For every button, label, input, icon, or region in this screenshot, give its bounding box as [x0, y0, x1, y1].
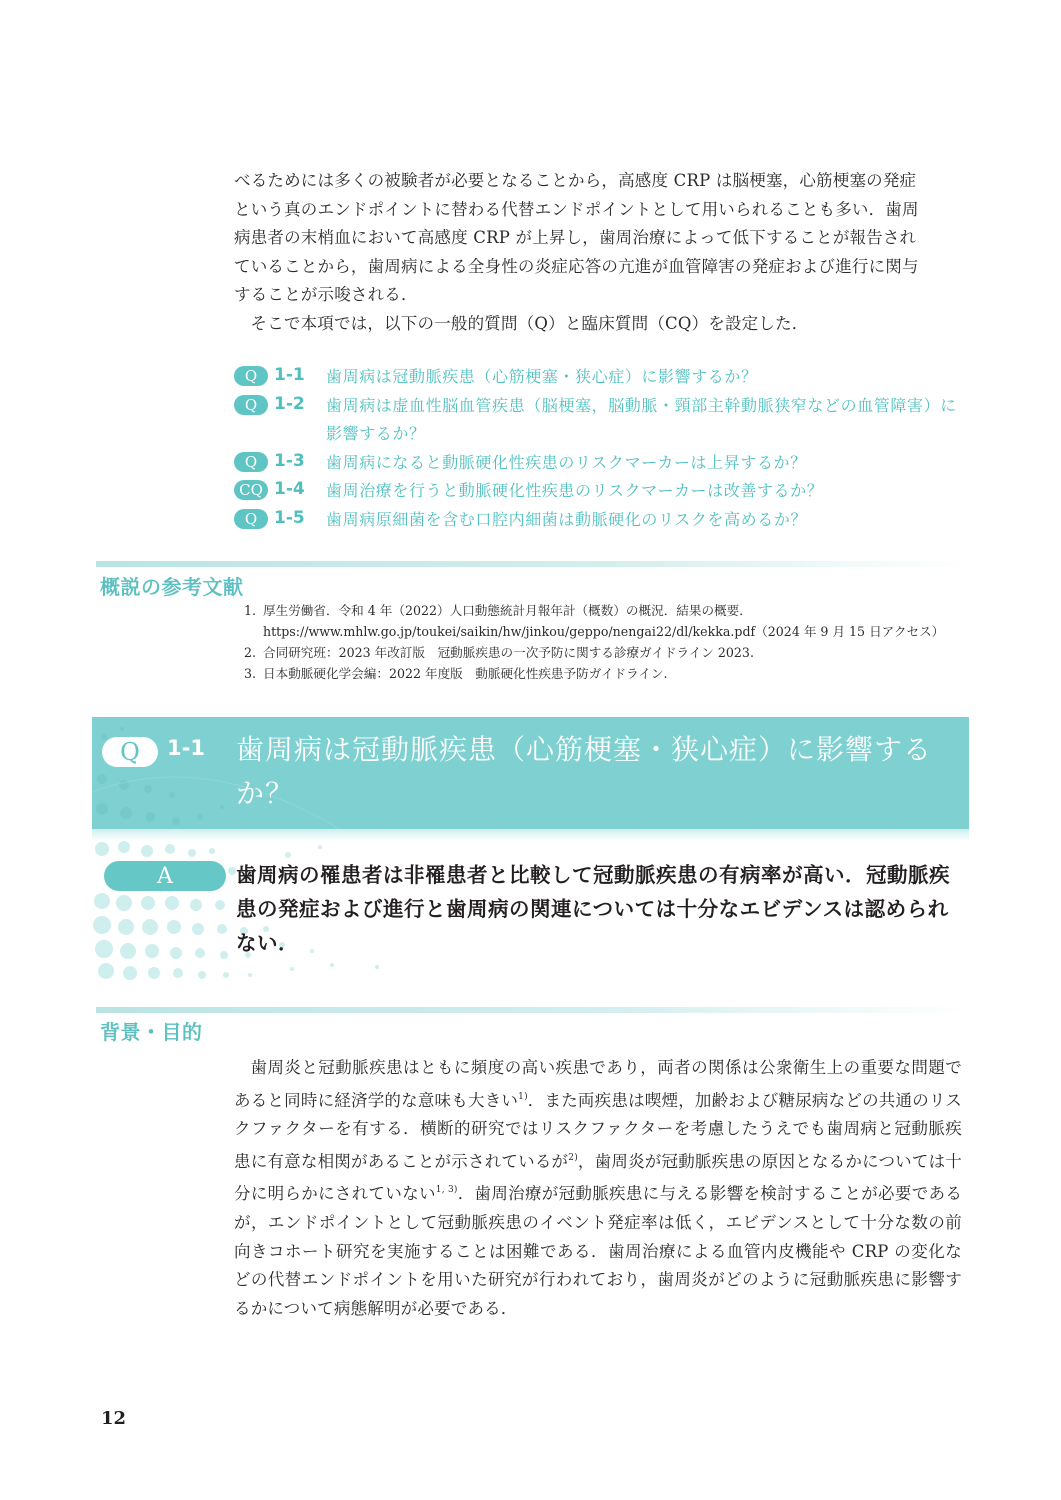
question-item[interactable]: CQ 1-4 歯周治療を行うと動脈硬化性疾患のリスクマーカーは改善するか？: [234, 477, 964, 506]
references-heading: 概説の参考文献: [100, 571, 244, 600]
question-item[interactable]: Q 1-5 歯周病原細菌を含む口腔内細菌は動脈硬化のリスクを高めるか？: [234, 506, 964, 535]
band-shadow: [92, 829, 969, 841]
answer-badge: A: [104, 861, 226, 891]
intro-line: という真のエンドポイントに替わる代替エンドポイントとして用いられることも多い．歯…: [234, 196, 974, 225]
reference-item: 3. 日本動脈硬化学会編：2022 年度版 動脈硬化性疾患予防ガイドライン.: [244, 663, 964, 684]
intro-line: べるためには多くの被験者が必要となることから，高感度 CRP は脳梗塞，心筋梗塞…: [234, 167, 974, 196]
question-text: 歯周治療を行うと動脈硬化性疾患のリスクマーカーは改善するか？: [326, 477, 964, 506]
intro-second-paragraph: そこで本項では，以下の一般的質問（Q）と臨床質問（CQ）を設定した．: [234, 310, 974, 339]
question-list: Q 1-1 歯周病は冠動脈疾患（心筋梗塞・狭心症）に影響するか？ Q 1-2 歯…: [234, 363, 964, 534]
reference-text: 日本動脈硬化学会編：2022 年度版 動脈硬化性疾患予防ガイドライン.: [263, 663, 668, 684]
question-badge: Q: [234, 509, 268, 529]
page-number: 12: [101, 1408, 126, 1429]
question-number: 1-1: [268, 365, 326, 385]
intro-line: することが示唆される．: [234, 281, 974, 310]
clinical-question-badge: CQ: [234, 480, 268, 500]
question-header-number: 1-1: [167, 736, 205, 760]
question-item[interactable]: Q 1-3 歯周病になると動脈硬化性疾患のリスクマーカーは上昇するか？: [234, 449, 964, 478]
intro-line: ていることから，歯周病による全身性の炎症応答の亢進が血管障害の発症および進行に関…: [234, 253, 974, 282]
reference-number: 3.: [244, 663, 263, 684]
question-item[interactable]: Q 1-1 歯周病は冠動脈疾患（心筋梗塞・狭心症）に影響するか？: [234, 363, 964, 392]
reference-text: 厚生労働省．令和 4 年（2022）人口動態統計月報年計（概数）の概況．結果の概…: [263, 600, 944, 621]
question-number: 1-2: [268, 394, 326, 414]
question-badge: Q: [234, 395, 268, 415]
reference-item: 2. 合同研究班：2023 年改訂版 冠動脈疾患の一次予防に関する診療ガイドライ…: [244, 642, 964, 663]
question-badge: Q: [234, 452, 268, 472]
citation: 2): [568, 1153, 578, 1163]
reference-number: 2.: [244, 642, 263, 663]
question-number: 1-3: [268, 451, 326, 471]
question-text: 歯周病になると動脈硬化性疾患のリスクマーカーは上昇するか？: [326, 449, 964, 478]
question-badge: Q: [234, 366, 268, 386]
reference-list: 1. 厚生労働省．令和 4 年（2022）人口動態統計月報年計（概数）の概況．結…: [244, 600, 964, 684]
background-text: ．歯周治療が冠動脈疾患に与える影響を検討することが必要であるが，エンドポイントと…: [234, 1184, 962, 1317]
reference-item: 1. 厚生労働省．令和 4 年（2022）人口動態統計月報年計（概数）の概況．結…: [244, 600, 964, 642]
question-number: 1-5: [268, 508, 326, 528]
intro-line: 病患者の末梢血において高感度 CRP が上昇し，歯周治療によって低下することが報…: [234, 224, 974, 253]
background-paragraph: 歯周炎と冠動脈疾患はともに頻度の高い疾患であり，両者の関係は公衆衛生上の重要な問…: [234, 1054, 962, 1323]
question-text: 歯周病は冠動脈疾患（心筋梗塞・狭心症）に影響するか？: [326, 363, 964, 392]
reference-url[interactable]: https://www.mhlw.go.jp/toukei/saikin/hw/…: [263, 621, 944, 642]
question-item[interactable]: Q 1-2 歯周病は虚血性脳血管疾患（脳梗塞，脳動脈・頸部主幹動脈狭窄などの血管…: [234, 392, 964, 449]
reference-text: 合同研究班：2023 年改訂版 冠動脈疾患の一次予防に関する診療ガイドライン 2…: [263, 642, 754, 663]
reference-number: 1.: [244, 600, 263, 642]
answer-text: 歯周病の罹患者は非罹患者と比較して冠動脈疾患の有病率が高い．冠動脈疾患の発症およ…: [236, 858, 966, 960]
question-text: 歯周病は虚血性脳血管疾患（脳梗塞，脳動脈・頸部主幹動脈狭窄などの血管障害）に影響…: [326, 392, 964, 449]
section-divider: [96, 561, 966, 567]
section-divider: [96, 1007, 966, 1013]
question-header-badge: Q: [102, 737, 158, 767]
background-heading: 背景・目的: [100, 1016, 203, 1045]
intro-paragraph: べるためには多くの被験者が必要となることから，高感度 CRP は脳梗塞，心筋梗塞…: [234, 167, 974, 339]
question-text: 歯周病原細菌を含む口腔内細菌は動脈硬化のリスクを高めるか？: [326, 506, 964, 535]
question-header-title: 歯周病は冠動脈疾患（心筋梗塞・狭心症）に影響するか？: [236, 728, 956, 816]
citation: 1, 3): [436, 1185, 458, 1195]
question-number: 1-4: [268, 479, 326, 499]
citation: 1): [518, 1092, 528, 1102]
